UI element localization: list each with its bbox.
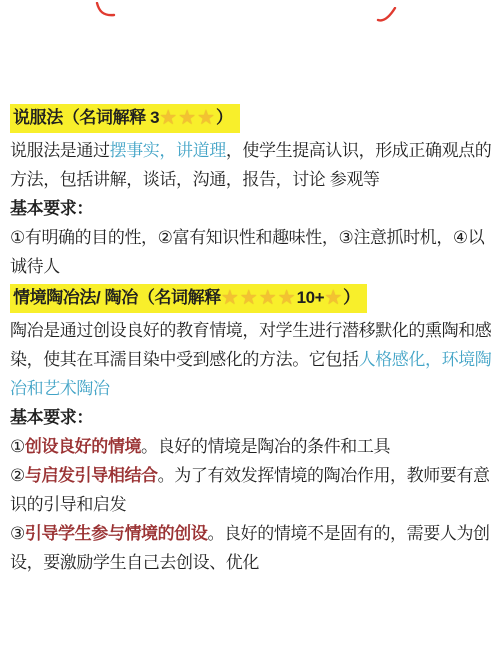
text-segment: 引导学生参与情境的创设 [25,524,208,543]
text-segment: 基本要求： [10,408,93,427]
star-rating-icon: ★ [324,287,343,309]
label-basic-requirements-2: 基本要求： [10,403,492,432]
red-pen-mark-right [376,7,398,24]
highlight-band: 说服法（名词解释 3★★★） [10,104,240,133]
text-segment: 情境陶冶法/ 陶冶（名词解释 [13,288,221,307]
text-segment: ①有明确的目的性，②富有知识性和趣味性，③注意抓时机，④以诚待人 [10,228,484,276]
highlight-band: 情境陶冶法/ 陶冶（名词解释★★★★10+★） [10,284,367,313]
text-segment: ② [10,466,25,485]
note-content: 说服法（名词解释 3★★★）说服法是通过摆事实，讲道理，使学生提高认识，形成正确… [10,101,492,577]
notes-page: 说服法（名词解释 3★★★）说服法是通过摆事实，讲道理，使学生提高认识，形成正确… [0,0,500,659]
red-pen-mark-left [94,2,118,20]
text-segment: ） [343,288,360,307]
para-persuasion-definition: 说服法是通过摆事实，讲道理，使学生提高认识，形成正确观点的方法，包括讲解，谈话，… [10,136,492,194]
text-segment: 与启发引导相结合 [25,466,158,485]
method-heading-edification: 情境陶冶法/ 陶冶（名词解释★★★★10+★） [10,283,492,313]
para-persuasion-requirements: ①有明确的目的性，②富有知识性和趣味性，③注意抓时机，④以诚待人 [10,223,492,281]
text-segment: 基本要求： [10,199,93,218]
star-rating-icon: ★★★★ [221,287,297,309]
method-heading-persuasion: 说服法（名词解释 3★★★） [10,103,492,133]
text-segment: 。良好的情境是陶冶的条件和工具 [141,437,390,456]
text-segment: 说服法是通过 [10,141,110,160]
text-segment: 说服法（名词解释 3 [13,108,159,127]
text-segment: 摆事实，讲道理 [110,141,226,160]
para-edification-definition: 陶冶是通过创设良好的教育情境，对学生进行潜移默化的熏陶和感染，使其在耳濡目染中受… [10,316,492,403]
text-segment: 创设良好的情境 [25,437,141,456]
star-rating-icon: ★★★ [159,107,216,129]
para-edification-requirement-1: ①创设良好的情境。良好的情境是陶冶的条件和工具 [10,432,492,461]
para-edification-requirement-2: ②与启发引导相结合。为了有效发挥情境的陶冶作用，教师要有意识的引导和启发 [10,461,492,519]
text-segment: ③ [10,524,25,543]
label-basic-requirements-1: 基本要求： [10,194,492,223]
text-segment: ） [216,108,233,127]
para-edification-requirement-3: ③引导学生参与情境的创设。良好的情境不是固有的，需要人为创设，要激励学生自己去创… [10,519,492,577]
text-segment: 10+ [297,288,325,307]
text-segment: ① [10,437,25,456]
